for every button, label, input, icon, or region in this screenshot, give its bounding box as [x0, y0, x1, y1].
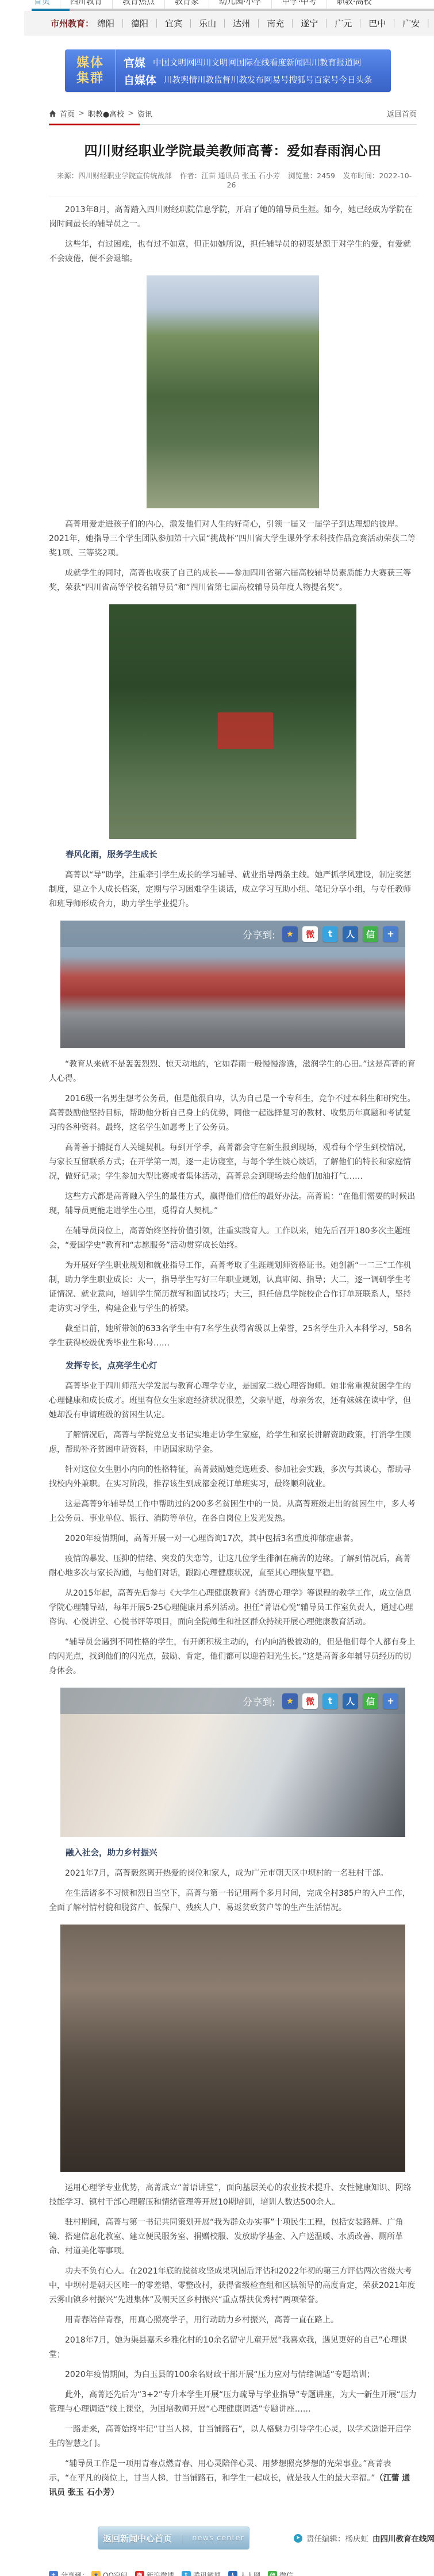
- media-cluster-logo: 媒体 集群: [65, 49, 116, 92]
- city-separator: ｜: [288, 18, 297, 29]
- back-button-pipe: ｜: [178, 2532, 186, 2544]
- article-paragraph: 功夫不负有心人。在2021年底的脱贫攻坚成果巩固后评估和2022年初的第三方评估…: [49, 2264, 417, 2307]
- article-figure: 分享到:★微t人信+: [60, 921, 405, 1048]
- bottom-share-bar: +分享到：★QQ空间微新浪微博t腾讯微博人人人网信微信: [49, 2570, 298, 2576]
- city-link-1[interactable]: 绵阳: [97, 18, 114, 29]
- breadcrumb-separator: >: [78, 109, 85, 118]
- article-paragraph: 运用心理学专业优势，高菁成立“菁语讲堂”，面向基层关心的农业技术提升、女性健康知…: [49, 2181, 417, 2210]
- renren-icon: 人: [228, 2571, 237, 2576]
- article-paragraph: 此外，高菁还先后为“3+2”专升本学生开展“压力疏导与学业指导”专题讲座，为大一…: [49, 2388, 417, 2417]
- section-heading: 融入社会，助力乡村振兴: [49, 1846, 417, 1861]
- self-media-label: 自媒体: [124, 72, 156, 87]
- article-paragraph: 这些年，有过困难，也有过不如意，但正如她所说，担任辅导员的初衷是源于对学生的爱，…: [49, 237, 417, 266]
- share-item-label: 微信: [279, 2570, 293, 2576]
- share-item-label: QQ空间: [103, 2570, 128, 2576]
- publisher-credit: 由四川教育在线网整理发布: [372, 2532, 434, 2544]
- article-figure: 分享到:★微t人信+: [60, 1688, 405, 1837]
- meta-author: 作者：江苗 通讯员 张玉 石小芳: [180, 171, 280, 180]
- top-nav: 首页四川教育教育热点教育家幼儿园·小学中学·中考职教·高校: [0, 0, 434, 9]
- breadcrumb-channel[interactable]: 职教●高校: [88, 108, 124, 119]
- editor-name: 责任编辑：杨庆虹: [306, 2532, 368, 2544]
- share-toolbar-label: 分享到:: [243, 927, 275, 941]
- renren-icon-share-item[interactable]: 人人人网: [228, 2570, 260, 2576]
- meta-views: 浏览量：2459: [288, 171, 335, 180]
- photo-home-visit-interview: [60, 1925, 405, 2172]
- share-toolbar-label: 分享到:: [243, 1694, 275, 1708]
- article-paragraph: 了解情况后，高菁与学院党总支书记实地走访学生家庭，给学生和家长讲解资助政策，打消…: [49, 1428, 417, 1457]
- article-paragraph: 成就学生的同时，高菁也收获了自己的成长——参加四川省第六届高校辅导员素质能力大赛…: [49, 566, 417, 595]
- nav-tab-5[interactable]: 幼儿园·小学: [209, 0, 271, 9]
- tencent-weibo-icon[interactable]: t: [322, 1693, 338, 1709]
- share-toolbar: 分享到:★微t人信+: [60, 921, 405, 947]
- back-to-news-center-button[interactable]: 返回新闻中心首页 ｜ news center: [98, 2527, 249, 2550]
- official-media-links: 中国文明网四川文明网国际在线看度新闻四川教育报道网: [153, 56, 362, 68]
- article-paragraph: 2020年疫情期间，高菁开展一对一心理咨询17次，其中包括3名重度抑郁症患者。: [49, 1532, 417, 1546]
- article-paragraph: 截至目前，她所带领的633名学生中有7名学生获得省级以上荣誉，25名学生升入本科…: [49, 1322, 417, 1351]
- article-body: 2013年8月，高菁踏入四川财经职院信息学院，开启了她的辅导员生涯。如今，她已经…: [49, 203, 417, 2500]
- wechat-icon[interactable]: 信: [363, 1693, 378, 1709]
- renren-icon[interactable]: 人: [343, 1693, 358, 1709]
- tencent-weibo-icon[interactable]: t: [322, 926, 338, 942]
- city-separator: ｜: [220, 18, 229, 29]
- sina-weibo-icon: 微: [135, 2571, 144, 2576]
- nav-tab-4[interactable]: 教育家: [164, 0, 209, 9]
- wechat-icon-share-item[interactable]: 信微信: [268, 2570, 293, 2576]
- more-share-icon[interactable]: +: [383, 926, 398, 942]
- article-paragraph: 疫情的暴发、压抑的情绪、突发的失恋等，让这几位学生徘徊在痛苦的边缘。了解到情况后…: [49, 1552, 417, 1581]
- article-figure: [60, 1925, 405, 2172]
- official-media-link-2[interactable]: 四川文明网: [195, 59, 237, 68]
- article-paragraph: 从2015年起，高菁先后参与《大学生心理健康教育》《消费心理学》等课程的教学工作…: [49, 1586, 417, 1630]
- breadcrumb-section[interactable]: 资讯: [137, 108, 152, 119]
- media-cluster-logo-line1: 媒体: [76, 55, 104, 71]
- bottom-share-label: 分享到：: [61, 2570, 89, 2576]
- wechat-icon: 信: [268, 2571, 277, 2576]
- more-share-icon[interactable]: +: [49, 2571, 58, 2576]
- nav-active-indicator: [32, 9, 70, 11]
- article-paragraph: 一路走来，高菁始终牢记“甘当人梯，甘当铺路石”，以人格魅力引导学生心灵，以学术造…: [49, 2422, 417, 2451]
- city-link-9[interactable]: 巴中: [368, 18, 386, 29]
- share-item-label: 腾讯微博: [193, 2570, 221, 2576]
- official-media-row: 官媒 中国文明网四川文明网国际在线看度新闻四川教育报道网: [124, 55, 391, 70]
- official-media-label: 官媒: [124, 55, 145, 70]
- editor-credit: ➤ 责任编辑：杨庆虹 由四川教育在线网整理发布: [294, 2532, 434, 2544]
- article-footer-row: 返回新闻中心首页 ｜ news center ➤ 责任编辑：杨庆虹 由四川教育在…: [98, 2527, 434, 2550]
- back-button-label-en: news center: [192, 2534, 244, 2543]
- article-paragraph: “辅导员会遇到不同性格的学生，有开朗积极主动的，有内向消极被动的，但是他们每个人…: [49, 1635, 417, 1678]
- city-link-list: 绵阳｜德阳｜宜宾｜乐山｜达州｜南充｜遂宁｜广元｜巴中｜广安｜泸州｜自贡｜内江｜雅…: [97, 18, 434, 29]
- home-icon: [49, 110, 56, 117]
- self-media-link-6[interactable]: 百家号: [314, 76, 339, 85]
- city-separator: ｜: [118, 18, 127, 29]
- nav-tab-1[interactable]: 首页: [24, 0, 60, 9]
- qzone-icon[interactable]: ★: [282, 926, 298, 942]
- media-cluster-banner: 媒体 集群 官媒 中国文明网四川文明网国际在线看度新闻四川教育报道网 自媒体 川…: [65, 49, 391, 92]
- breadcrumb-separator: >: [128, 109, 134, 118]
- nav-tab-6[interactable]: 中学·中考: [271, 0, 326, 9]
- editor-bullet-icon: ➤: [294, 2534, 302, 2543]
- article-paragraph: 这是高菁9年辅导员工作中帮助过的200多名贫困生中的一员。从高菁班级走出的贫困生…: [49, 1497, 417, 1526]
- city-link-7[interactable]: 遂宁: [301, 18, 318, 29]
- self-media-link-5[interactable]: 搜狐号: [289, 76, 314, 85]
- article-paragraph: 这些方式都是高菁融入学生的最佳方式，赢得他们信任的最好办法。高菁说：“在他们需要…: [49, 1190, 417, 1218]
- official-media-link-5[interactable]: 四川教育报道网: [303, 59, 362, 68]
- nav-tab-7[interactable]: 职教·高校: [327, 0, 381, 9]
- share-toolbar: 分享到:★微t人信+: [60, 1688, 405, 1714]
- article-paragraph: 驻村期间，高菁与第一书记共同策划开展“我为群众办实事”十项民生工程，包括安装路牌…: [49, 2215, 417, 2259]
- nav-active-underline: [0, 9, 434, 11]
- official-media-link-3[interactable]: 国际在线: [236, 59, 270, 68]
- city-link-5[interactable]: 达州: [233, 18, 250, 29]
- region-bar-label: 市州教育：: [51, 18, 94, 29]
- city-link-10[interactable]: 广安: [402, 18, 420, 29]
- official-media-link-4[interactable]: 看度新闻: [270, 59, 303, 68]
- article-paragraph: 2020年疫情期间，为白玉县的100余名财政干部开展“压力应对与情绪调适”专题培…: [49, 2368, 417, 2382]
- qzone-icon-share-item[interactable]: ★QQ空间: [91, 2570, 128, 2576]
- article-paragraph: 为开展好学生职业规划和就业指导工作，高菁考取了生涯规划师资格证书。她创新“一二三…: [49, 1259, 417, 1316]
- self-media-link-1[interactable]: 川教舆情: [164, 76, 197, 85]
- breadcrumb-divider: [49, 124, 417, 125]
- wechat-icon[interactable]: 信: [363, 926, 378, 942]
- city-link-6[interactable]: 南充: [267, 18, 284, 29]
- article-paragraph: 2021年7月，高菁毅然离开热爱的岗位和家人，成为广元市朝天区中坝村的一名驻村干…: [49, 1866, 417, 1881]
- self-media-link-4[interactable]: 网易号: [264, 76, 289, 85]
- nav-tab-2[interactable]: 四川教育: [60, 0, 112, 9]
- author-signature: （江蕾 通讯员 张玉 石小芳）: [49, 2474, 410, 2497]
- article-paragraph: 2016级一名男生想考公务员，但是他很自卑，认为自己是一个专科生，竞争不过本科生…: [49, 1092, 417, 1135]
- city-separator: ｜: [186, 18, 195, 29]
- article-figure: [109, 604, 356, 839]
- self-media-row: 自媒体 川教舆情川教监督川教发布网易号搜狐号百家号今日头条: [124, 72, 391, 87]
- city-separator: ｜: [152, 18, 161, 29]
- official-media-link-1[interactable]: 中国文明网: [153, 59, 195, 68]
- article-paragraph: 高菁毕业于四川师范大学发展与教育心理学专业，是国家二级心理咨询师。她非常重视贫困…: [49, 1379, 417, 1423]
- article-meta: 来源：四川财经职业学院宣传统战部 作者：江苗 通讯员 张玉 石小芳 浏览量：24…: [49, 170, 417, 189]
- qzone-icon[interactable]: ★: [282, 1693, 298, 1709]
- city-link-3[interactable]: 宜宾: [165, 18, 182, 29]
- share-item-label: 新浪微博: [147, 2570, 174, 2576]
- media-cluster-logo-line2: 集群: [76, 71, 104, 86]
- article-paragraph: 高菁善于捕捉育人关键契机。每到开学季，高菁都会守在新生报到现场，观看每个学生到校…: [49, 1141, 417, 1184]
- section-heading: 春风化雨，服务学生成长: [49, 848, 417, 862]
- back-to-home-link[interactable]: 返回首页: [387, 108, 417, 119]
- region-education-bar: 市州教育：绵阳｜德阳｜宜宾｜乐山｜达州｜南充｜遂宁｜广元｜巴中｜广安｜泸州｜自贡…: [24, 11, 434, 36]
- sina-weibo-icon-share-item[interactable]: 微新浪微博: [135, 2570, 174, 2576]
- city-separator: ｜: [424, 18, 432, 29]
- article: 四川财经职业学院最美教师高菁：爱如春雨润心田 来源：四川财经职业学院宣传统战部 …: [49, 142, 417, 2550]
- article-paragraph: “辅导员工作是一项用青春点燃青春、用心灵陪伴心灵、用梦想照亮梦想的光荣事业。”高…: [49, 2457, 417, 2500]
- more-share-icon[interactable]: +: [383, 1693, 398, 1709]
- city-link-2[interactable]: 德阳: [131, 18, 148, 29]
- article-paragraph: 2013年8月，高菁踏入四川财经职院信息学院，开启了她的辅导员生涯。如今，她已经…: [49, 203, 417, 232]
- article-paragraph: 用青春陪伴青春，用真心照亮学子，用行动助力乡村振兴，高菁一直在路上。: [49, 2313, 417, 2328]
- city-link-8[interactable]: 广元: [335, 18, 352, 29]
- meta-divider: [49, 197, 417, 197]
- article-paragraph: “教育从来就不是轰轰烈烈、惊天动地的，它如春雨一般慢慢渗透，滋润学生的心田。”这…: [49, 1057, 417, 1086]
- certificate-accent: [218, 712, 273, 749]
- nav-underline-track: [70, 9, 434, 11]
- breadcrumb-home[interactable]: 首页: [60, 108, 75, 119]
- article-paragraph: 在生活诸多不习惯和烈日当空下，高菁与第一书记用两个多月时间，完成全村385户的入…: [49, 1887, 417, 1915]
- qzone-icon: ★: [91, 2571, 101, 2576]
- self-media-links: 川教舆情川教监督川教发布网易号搜狐号百家号今日头条: [164, 74, 372, 86]
- city-link-4[interactable]: 乐山: [199, 18, 216, 29]
- self-media-link-2[interactable]: 川教监督: [197, 76, 231, 85]
- article-paragraph: 高菁以“导”助学，注重牵引学生成长的学习辅导、就业指导两条主线。她严抓学风建设，…: [49, 868, 417, 911]
- article-paragraph: 高菁用爱走进孩子们的内心，激发他们对人生的好奇心，引领一届又一届学子到达理想的彼…: [49, 517, 417, 561]
- city-separator: ｜: [390, 18, 398, 29]
- section-heading: 发挥专长，点亮学生心灯: [49, 1359, 417, 1374]
- tencent-weibo-icon: t: [182, 2571, 191, 2576]
- nav-tab-3[interactable]: 教育热点: [112, 0, 164, 9]
- sina-weibo-icon[interactable]: 微: [302, 926, 318, 942]
- meta-source: 来源：四川财经职业学院宣传统战部: [57, 171, 172, 180]
- page-title: 四川财经职业学院最美教师高菁：爱如春雨润心田: [49, 142, 417, 160]
- share-item-label: 人人网: [240, 2570, 260, 2576]
- photo-gaojing-outdoor-portrait: [147, 275, 319, 508]
- city-separator: ｜: [322, 18, 331, 29]
- tencent-weibo-icon-share-item[interactable]: t腾讯微博: [182, 2570, 221, 2576]
- self-media-link-3[interactable]: 川教发布: [231, 76, 264, 85]
- city-separator: ｜: [356, 18, 364, 29]
- article-paragraph: 2018年7月，她为渠县嘉禾乡雅化村的10余名留守儿童开展“我喜欢我，遇见更好的…: [49, 2333, 417, 2362]
- self-media-link-7[interactable]: 今日头条: [339, 76, 372, 85]
- article-paragraph: 针对这位女生胆小内向的性格特征，高菁鼓励她竞选班委、参加社会实践，多次与其谈心，…: [49, 1463, 417, 1492]
- article-figure: [147, 275, 319, 508]
- breadcrumb: 首页 > 职教●高校 > 资讯 返回首页: [49, 108, 417, 119]
- back-button-label: 返回新闻中心首页: [103, 2532, 172, 2544]
- article-paragraph: 在辅导员岗位上，高菁始终坚持价值引领，注重实践育人。工作以来，她先后召开180多…: [49, 1224, 417, 1253]
- sina-weibo-icon[interactable]: 微: [302, 1693, 318, 1709]
- renren-icon[interactable]: 人: [343, 926, 358, 942]
- city-separator: ｜: [254, 18, 263, 29]
